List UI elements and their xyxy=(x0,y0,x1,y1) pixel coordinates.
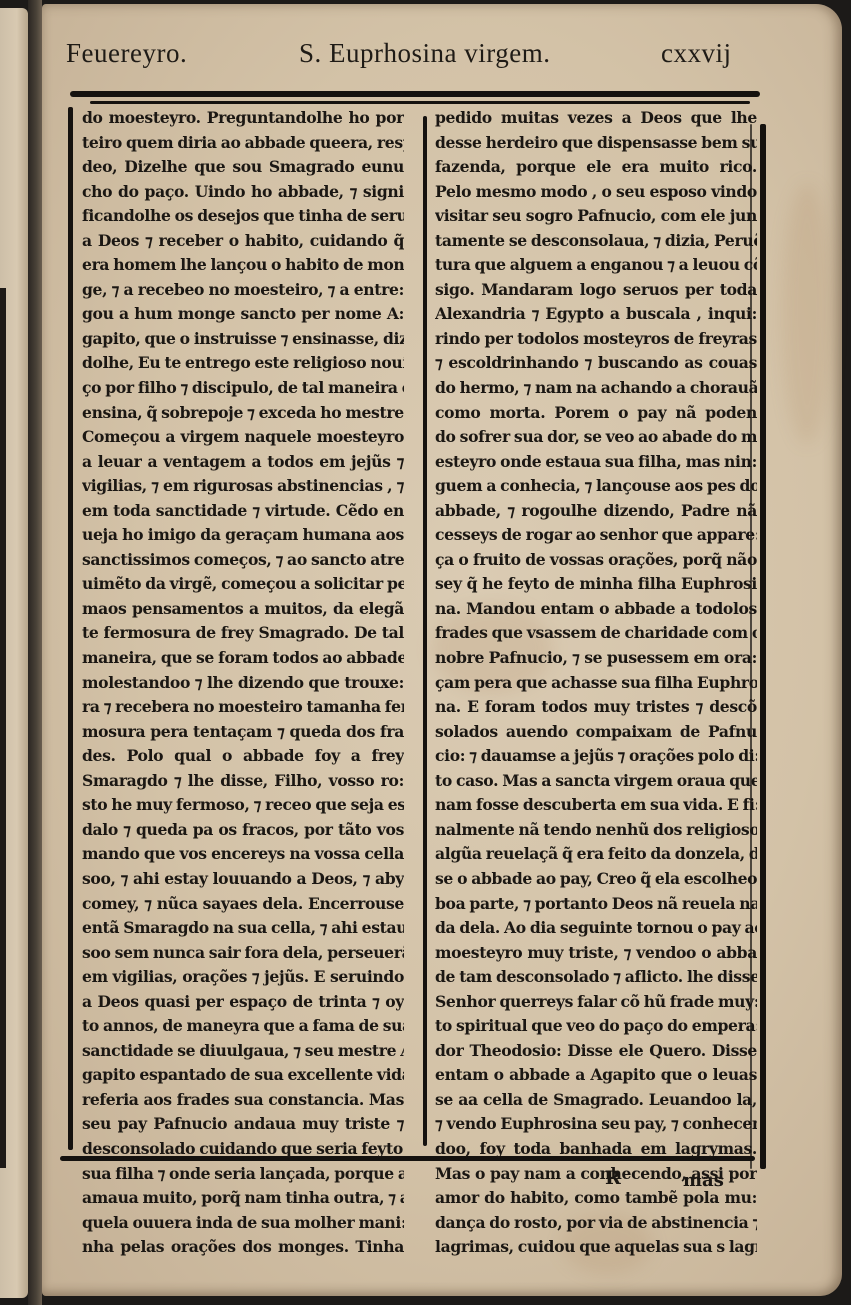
previous-page-rule xyxy=(0,288,6,1168)
text-column-right: pedido muitas vezes a Deos que lhe desse… xyxy=(435,106,757,1260)
text-line: dolhe, Eu te entrego este religioso noui… xyxy=(82,351,404,376)
text-line: gou a hum monge sancto per nome A: xyxy=(82,302,404,327)
text-line: referia aos frades sua constancia. Mas xyxy=(82,1088,404,1113)
text-line: cio: ⁊ dauamse a jejũs ⁊ orações polo di… xyxy=(435,744,757,769)
catchword: mas xyxy=(683,1170,724,1191)
text-line: era homem lhe lançou o habito de mon xyxy=(82,253,404,278)
right-frame-rule xyxy=(760,124,766,1169)
text-line: rindo per todolos mosteyros de freyras xyxy=(435,327,757,352)
paper-stain xyxy=(782,184,832,444)
text-line: nobre Pafnucio, ⁊ se pusessem em ora: xyxy=(435,646,757,671)
text-line: dalo ⁊ queda pa os fracos, por tãto vos xyxy=(82,818,404,843)
text-line: de tam desconsolado ⁊ aflicto. lhe disse… xyxy=(435,965,757,990)
text-line: guem a conhecia, ⁊ lançouse aos pes do xyxy=(435,474,757,499)
text-line: mando que vos encereys na vossa cella xyxy=(82,842,404,867)
text-line: fazenda, porque ele era muito rico. xyxy=(435,155,757,180)
text-line: em vigilias, orações ⁊ jejũs. E seruindo xyxy=(82,965,404,990)
text-line: gapito, que o instruisse ⁊ ensinasse, di… xyxy=(82,327,404,352)
text-line: tamente se desconsolaua, ⁊ dizia, Peruẽ xyxy=(435,229,757,254)
text-line: do moesteyro. Preguntandolhe ho por xyxy=(82,106,404,131)
text-line: uimẽto da virgẽ, começou a solicitar per xyxy=(82,572,404,597)
text-line: pedido muitas vezes a Deos que lhe xyxy=(435,106,757,131)
text-line: cesseys de rogar ao senhor que appare: xyxy=(435,523,757,548)
text-line: ⁊ escoldrinhando ⁊ buscando as couas xyxy=(435,351,757,376)
text-line: do sofrer sua dor, se veo ao abade do mo xyxy=(435,425,757,450)
text-line: comey, ⁊ nũca sayaes dela. Encerrouse xyxy=(82,892,404,917)
text-line: soo, ⁊ ahi estay louuando a Deos, ⁊ aby xyxy=(82,867,404,892)
left-frame-rule xyxy=(68,107,73,1150)
text-line: moesteyro muy triste, ⁊ vendoo o abba xyxy=(435,941,757,966)
text-line: sey q̃ he feyto de minha filha Euphrosi xyxy=(435,572,757,597)
text-line: çam pera que achasse sua filha Euphrosi xyxy=(435,671,757,696)
top-rule-thick xyxy=(70,91,760,97)
text-line: em toda sanctidade ⁊ virtude. Cẽdo en xyxy=(82,499,404,524)
text-line: se o abbade ao pay, Creo q̃ ela escolheo xyxy=(435,867,757,892)
text-line: como morta. Porem o pay nã poden xyxy=(435,401,757,426)
text-line: esteyro onde estaua sua filha, mas nin: xyxy=(435,450,757,475)
text-line: ⁊ vendo Euphrosina seu pay, ⁊ conhecen xyxy=(435,1112,757,1137)
text-line: soo sem nunca sair fora dela, perseuerãd… xyxy=(82,941,404,966)
text-line: ensina, q̃ sobrepoje ⁊ exceda ho mestre. xyxy=(82,401,404,426)
running-header: Feuereyro. S. Euprhosina virgem. cxxvij xyxy=(66,32,762,72)
text-line: cho do paço. Uindo ho abbade, ⁊ signi xyxy=(82,180,404,205)
text-line: Senhor querreys falar cõ hũ frade muy: xyxy=(435,990,757,1015)
text-line: algũa reuelaçã q̃ era feito da donzela, … xyxy=(435,842,757,867)
text-line: entã Smaragdo na sua cella, ⁊ ahi estaua xyxy=(82,916,404,941)
text-line: ra ⁊ recebera no moesteiro tamanha fer: xyxy=(82,695,404,720)
text-line: na. E foram todos muy tristes ⁊ descõ xyxy=(435,695,757,720)
top-rule-thin xyxy=(90,101,750,104)
text-line: solados auendo compaixam de Pafnu xyxy=(435,720,757,745)
text-line: desse herdeiro que dispensasse bem sua xyxy=(435,131,757,156)
text-line: nalmente nã tendo nenhũ dos religiosos xyxy=(435,818,757,843)
header-title: S. Euprhosina virgem. xyxy=(299,38,550,69)
signature-mark: R xyxy=(605,1167,621,1189)
text-line: mosura pera tentaçam ⁊ queda dos fra xyxy=(82,720,404,745)
text-line: to spiritual que veo do paço do empera: xyxy=(435,1014,757,1039)
text-line: boa parte, ⁊ portanto Deos nã reuela na xyxy=(435,892,757,917)
text-line: a Deos quasi per espaço de trinta ⁊ oy xyxy=(82,990,404,1015)
text-line: deo, Dizelhe que sou Smagrado eunu xyxy=(82,155,404,180)
text-line: a Deos ⁊ receber o habito, cuidando q̃ xyxy=(82,229,404,254)
previous-page-edge xyxy=(0,8,28,1298)
book-page: Feuereyro. S. Euprhosina virgem. cxxvij … xyxy=(42,4,842,1296)
text-line: sua filha ⁊ onde seria lançada, porque a xyxy=(82,1162,404,1187)
text-line: a leuar a ventagem a todos em jejũs ⁊ xyxy=(82,450,404,475)
column-divider xyxy=(423,116,427,1146)
text-line: ficandolhe os desejos que tinha de serui… xyxy=(82,204,404,229)
text-column-left: do moesteyro. Preguntandolhe ho por teir… xyxy=(82,106,404,1260)
text-line: to caso. Mas a sancta virgem oraua que xyxy=(435,769,757,794)
text-line: molestandoo ⁊ lhe dizendo que trouxe: xyxy=(82,671,404,696)
text-line: des. Polo qual o abbade foy a frey xyxy=(82,744,404,769)
text-line: visitar seu sogro Pafnucio, com ele jun xyxy=(435,204,757,229)
text-line: Alexandria ⁊ Egypto a buscala , inqui: xyxy=(435,302,757,327)
book-gutter xyxy=(28,0,42,1305)
text-line: amaua muito, porq̃ nam tinha outra, ⁊ a xyxy=(82,1186,404,1211)
text-line: desconsolado cuidando que seria feyto d xyxy=(82,1137,404,1162)
text-line: Smaragdo ⁊ lhe disse, Filho, vosso ro: xyxy=(82,769,404,794)
text-line: Pelo mesmo modo , o seu esposo vindo xyxy=(435,180,757,205)
text-line: ça o fruito de vossas orações, porq̃ não xyxy=(435,548,757,573)
text-line: seu pay Pafnucio andaua muy triste ⁊ xyxy=(82,1112,404,1137)
text-line: sanctissimos começos, ⁊ ao sancto atre xyxy=(82,548,404,573)
text-line: se aa cella de Smagrado. Leuandoo la, xyxy=(435,1088,757,1113)
text-line: dor Theodosio: Disse ele Quero. Disse xyxy=(435,1039,757,1064)
text-line: tura que alguem a enganou ⁊ a leuou cõ xyxy=(435,253,757,278)
text-line: dança do rosto, por via de abstinencia ⁊ xyxy=(435,1211,757,1236)
folio-number: cxxvij xyxy=(661,38,732,69)
text-line: na. Mandou entam o abbade a todolos xyxy=(435,597,757,622)
text-line: lagrimas, cuidou que aquelas sua s lagri xyxy=(435,1235,757,1260)
text-line: maneira, que se foram todos ao abbade, xyxy=(82,646,404,671)
text-line: te fermosura de frey Smagrado. De tal xyxy=(82,621,404,646)
text-line: Começou a virgem naquele moesteyro xyxy=(82,425,404,450)
text-line: vigilias, ⁊ em rigurosas abstinencias , … xyxy=(82,474,404,499)
text-line: to annos, de maneyra que a fama de sua xyxy=(82,1014,404,1039)
text-line: ge, ⁊ a recebeo no moesteiro, ⁊ a entre: xyxy=(82,278,404,303)
text-line: sigo. Mandaram logo seruos per toda xyxy=(435,278,757,303)
text-line: doo, foy toda banhada em lagrymas. xyxy=(435,1137,757,1162)
text-line: frades que vsassem de charidade com o xyxy=(435,621,757,646)
text-line: quela ouuera inda de sua molher mani: xyxy=(82,1211,404,1236)
text-line: teiro quem diria ao abbade queera, respõ xyxy=(82,131,404,156)
text-line: nha pelas orações dos monges. Tinha xyxy=(82,1235,404,1260)
text-line: sto he muy fermoso, ⁊ receo que seja esc… xyxy=(82,793,404,818)
text-line: da dela. Ao dia seguinte tornou o pay ao xyxy=(435,916,757,941)
text-line: nam fosse descuberta em sua vida. E fi: xyxy=(435,793,757,818)
text-line: entam o abbade a Agapito que o leuas xyxy=(435,1063,757,1088)
text-line: maos pensamentos a muitos, da elegã xyxy=(82,597,404,622)
text-line: do hermo, ⁊ nam na achando a chorauã xyxy=(435,376,757,401)
text-line: gapito espantado de sua excellente vida, xyxy=(82,1063,404,1088)
text-line: ço por filho ⁊ discipulo, de tal maneira… xyxy=(82,376,404,401)
header-month: Feuereyro. xyxy=(66,38,187,69)
text-line: ueja ho imigo da geraçam humana aos xyxy=(82,523,404,548)
text-line: abbade, ⁊ rogoulhe dizendo, Padre nã xyxy=(435,499,757,524)
text-line: sanctidade se diuulgaua, ⁊ seu mestre A: xyxy=(82,1039,404,1064)
